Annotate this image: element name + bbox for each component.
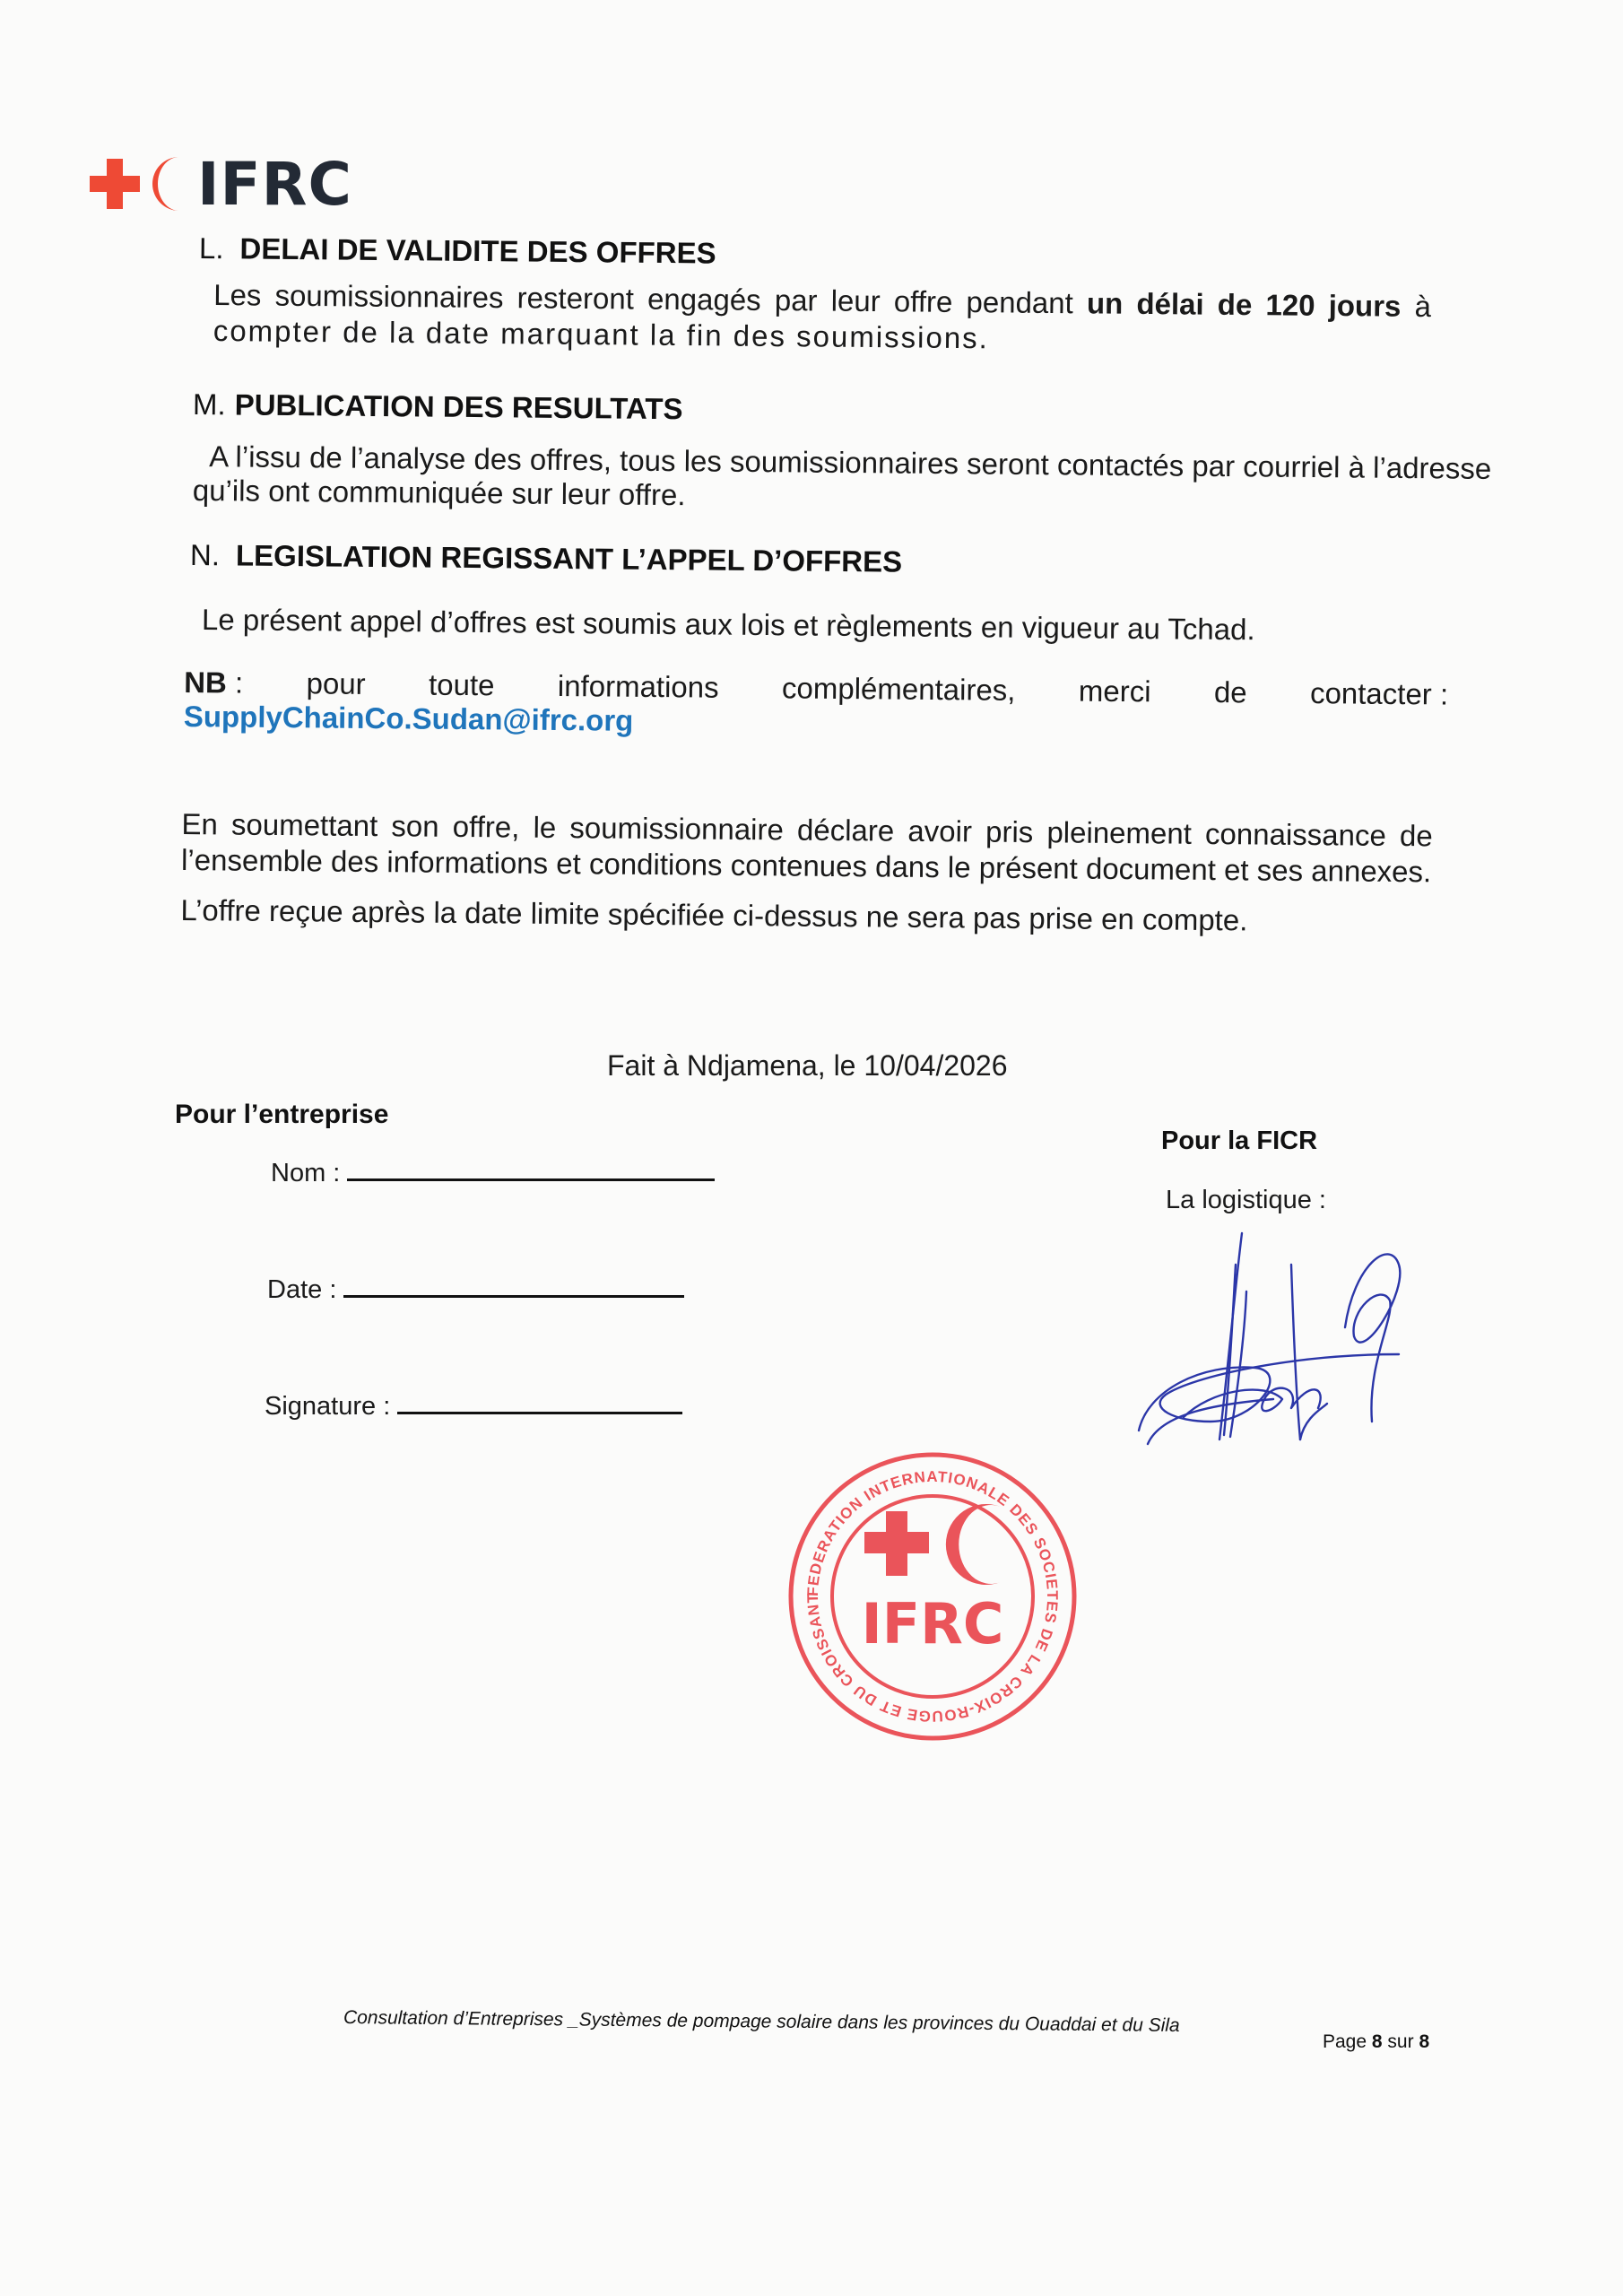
logo-text: IFRC — [197, 150, 352, 219]
ifrc-logo: IFRC — [90, 148, 352, 220]
ficr-role: La logistique : — [1166, 1186, 1326, 1215]
svg-text:FEDERATION INTERNATIONALE DES: FEDERATION INTERNATIONALE DES SOCIETES D… — [771, 1435, 1061, 1725]
section-m-paragraph: A l’issu de l’analyse des offres, tous l… — [193, 439, 1492, 520]
date-field-line[interactable] — [343, 1295, 684, 1298]
nb-label: NB — [184, 665, 227, 699]
page-current: 8 — [1372, 2031, 1383, 2052]
nb-note: NB : pour toute informations complémenta… — [184, 665, 1449, 746]
place-date: Fait à Ndjamena, le 10/04/2026 — [607, 1049, 1008, 1083]
handwritten-signature — [1130, 1229, 1426, 1462]
signature-field-line[interactable] — [397, 1412, 682, 1414]
stamp-center-text: IFRC — [862, 1591, 1004, 1657]
name-field-line[interactable] — [347, 1178, 715, 1181]
section-letter: L. — [199, 231, 224, 265]
ficr-block-title: Pour la FICR — [1161, 1126, 1317, 1156]
section-l-heading: L.DELAI DE VALIDITE DES OFFRES — [199, 231, 716, 271]
name-field[interactable]: Nom : — [271, 1159, 715, 1188]
declaration-paragraph: En soumettant son offre, le soumissionna… — [180, 807, 1463, 940]
footer-document-title: Consultation d’Entreprises _Systèmes de … — [343, 2007, 1180, 2037]
section-n-paragraph: Le présent appel d’offres est soumis aux… — [202, 603, 1255, 647]
section-title: LEGISLATION REGISSANT L’APPEL D’OFFRES — [236, 538, 903, 578]
red-crescent-icon — [149, 155, 185, 213]
page-number: Page 8 sur 8 — [1323, 2031, 1429, 2053]
signature-field[interactable]: Signature : — [265, 1392, 682, 1422]
section-m-heading: M.PUBLICATION DES RESULTATS — [193, 387, 683, 426]
company-block-title: Pour l’entreprise — [175, 1100, 388, 1130]
validity-period: un délai de 120 jours — [1087, 286, 1402, 322]
page-total: 8 — [1419, 2031, 1429, 2052]
red-cross-icon — [90, 159, 140, 209]
date-field[interactable]: Date : — [267, 1275, 684, 1305]
section-letter: M. — [193, 387, 226, 421]
section-title: PUBLICATION DES RESULTATS — [234, 387, 682, 425]
document-page: IFRC L.DELAI DE VALIDITE DES OFFRES Les … — [0, 0, 1623, 2296]
section-l-paragraph: Les soumissionnaires resteront engagés p… — [213, 278, 1470, 360]
section-n-heading: N.LEGISLATION REGISSANT L’APPEL D’OFFRES — [190, 538, 903, 579]
ifrc-stamp: FEDERATION INTERNATIONALE DES SOCIETES D… — [771, 1435, 1094, 1758]
section-letter: N. — [190, 538, 220, 571]
stamp-ring-text: FEDERATION INTERNATIONALE DES SOCIETES D… — [771, 1435, 1061, 1725]
section-title: DELAI DE VALIDITE DES OFFRES — [239, 231, 716, 269]
